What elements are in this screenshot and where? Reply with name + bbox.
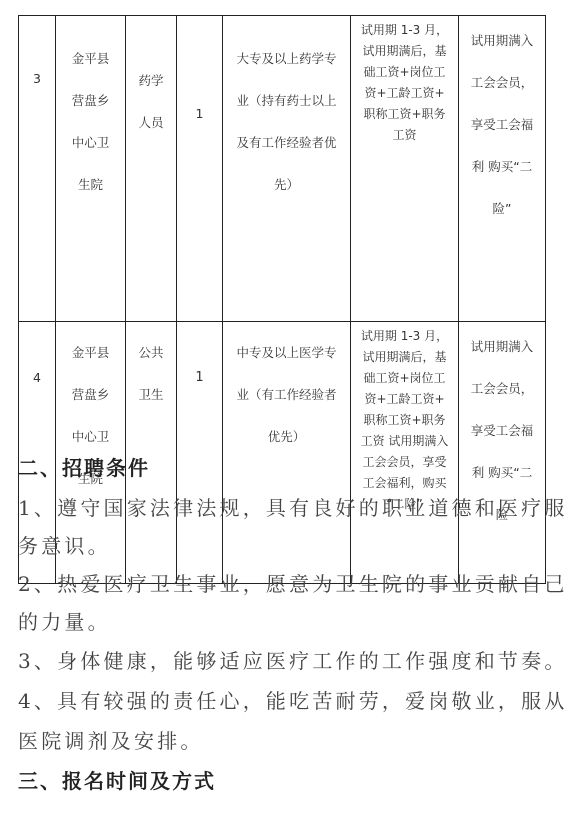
salary-line: 职称工资+职务 <box>363 410 445 431</box>
table-row: 3 金平县 营盘乡 中心卫 生院 药学 人员 1 大专及以上药学专 业（持有药士… <box>19 16 546 322</box>
condition-item-4: 4、具有较强的责任心，能吃苦耐劳，爱岗敬业，服从 <box>18 681 578 721</box>
condition-text: 3、身体健康，能够适应医疗工作的工作强度和节奏。 <box>18 649 568 673</box>
unit-line: 生院 <box>78 174 103 195</box>
salary-line: 试用期满后，基 <box>362 347 446 368</box>
unit-cell: 金平县 营盘乡 中心卫 生院 <box>56 16 126 322</box>
unit-line: 营盘乡 <box>72 384 110 405</box>
benefit-line: 利 购买“二 <box>472 156 532 177</box>
unit-line: 金平县 <box>72 342 110 363</box>
condition-text: 医院调剂及安排。 <box>18 729 204 753</box>
row-index: 3 <box>19 16 56 322</box>
condition-text: 1、遵守国家法律法规，具有良好的职业道德和医疗服 <box>18 496 568 520</box>
condition-item-1: 1、遵守国家法律法规，具有良好的职业道德和医疗服 <box>18 489 578 527</box>
requirement-line: 先） <box>274 174 299 195</box>
requirement-line: 大专及以上药学专 <box>236 48 336 69</box>
position-line: 人员 <box>138 112 163 133</box>
condition-item-4-cont: 医院调剂及安排。 <box>18 721 578 761</box>
condition-item-2: 2、热爱医疗卫生事业，愿意为卫生院的事业贡献自己 <box>18 565 578 603</box>
benefit-line: 工会会员， <box>471 72 534 93</box>
condition-item-2-cont: 的力量。 <box>18 603 578 641</box>
section-heading: 三、报名时间及方式 <box>18 761 578 801</box>
benefit-line: 险” <box>493 198 512 219</box>
requirement-line: 业（有工作经验者 <box>236 384 336 405</box>
unit-line: 中心卫 <box>72 132 110 153</box>
salary-line: 资+工龄工资+ <box>364 83 444 104</box>
salary-line: 础工资+岗位工 <box>363 368 445 389</box>
section-recruitment-conditions: 二、招聘条件 1、遵守国家法律法规，具有良好的职业道德和医疗服 务意识。 2、热… <box>18 453 578 801</box>
position-line: 卫生 <box>138 384 163 405</box>
salary-line: 试用期满后，基 <box>362 41 446 62</box>
salary-line: 试用期 1-3 月， <box>361 326 448 347</box>
benefit-line: 试用期满入 <box>471 30 534 51</box>
position-cell: 药学 人员 <box>126 16 177 322</box>
position-line: 药学 <box>138 70 163 91</box>
salary-cell: 试用期 1-3 月， 试用期满后，基 础工资+岗位工 资+工龄工资+ 职称工资+… <box>351 16 459 322</box>
condition-item-3: 3、身体健康，能够适应医疗工作的工作强度和节奏。 <box>18 641 578 681</box>
requirement-line: 中专及以上医学专 <box>236 342 336 363</box>
salary-line: 职称工资+职务 <box>363 104 445 125</box>
position-line: 公共 <box>138 342 163 363</box>
condition-text: 的力量。 <box>18 610 111 634</box>
salary-line: 试用期 1-3 月， <box>361 20 448 41</box>
benefit-line: 享受工会福 <box>471 114 534 135</box>
requirement-line: 优先） <box>268 426 306 447</box>
condition-text: 4、具有较强的责任心，能吃苦耐劳，爱岗敬业，服从 <box>18 689 568 713</box>
salary-line: 工资 <box>392 125 416 146</box>
benefit-cell: 试用期满入 工会会员， 享受工会福 利 购买“二 险” <box>459 16 546 322</box>
condition-text: 务意识。 <box>18 534 111 558</box>
section-heading: 二、招聘条件 <box>18 453 578 489</box>
salary-line: 础工资+岗位工 <box>363 62 445 83</box>
count-cell: 1 <box>177 16 223 322</box>
unit-line: 金平县 <box>72 48 110 69</box>
benefit-line: 试用期满入 <box>471 336 534 357</box>
salary-line: 资+工龄工资+ <box>364 389 444 410</box>
benefit-line: 享受工会福 <box>471 420 534 441</box>
requirement-line: 及有工作经验者优 <box>236 132 336 153</box>
condition-text: 2、热爱医疗卫生事业，愿意为卫生院的事业贡献自己 <box>18 572 568 596</box>
condition-item-1-cont: 务意识。 <box>18 527 578 565</box>
benefit-line: 工会会员， <box>471 378 534 399</box>
unit-line: 营盘乡 <box>72 90 110 111</box>
requirement-line: 业（持有药士以上 <box>236 90 336 111</box>
salary-line: 工资 试用期满入 <box>361 431 449 452</box>
requirement-cell: 大专及以上药学专 业（持有药士以上 及有工作经验者优 先） <box>223 16 351 322</box>
unit-line: 中心卫 <box>72 426 110 447</box>
